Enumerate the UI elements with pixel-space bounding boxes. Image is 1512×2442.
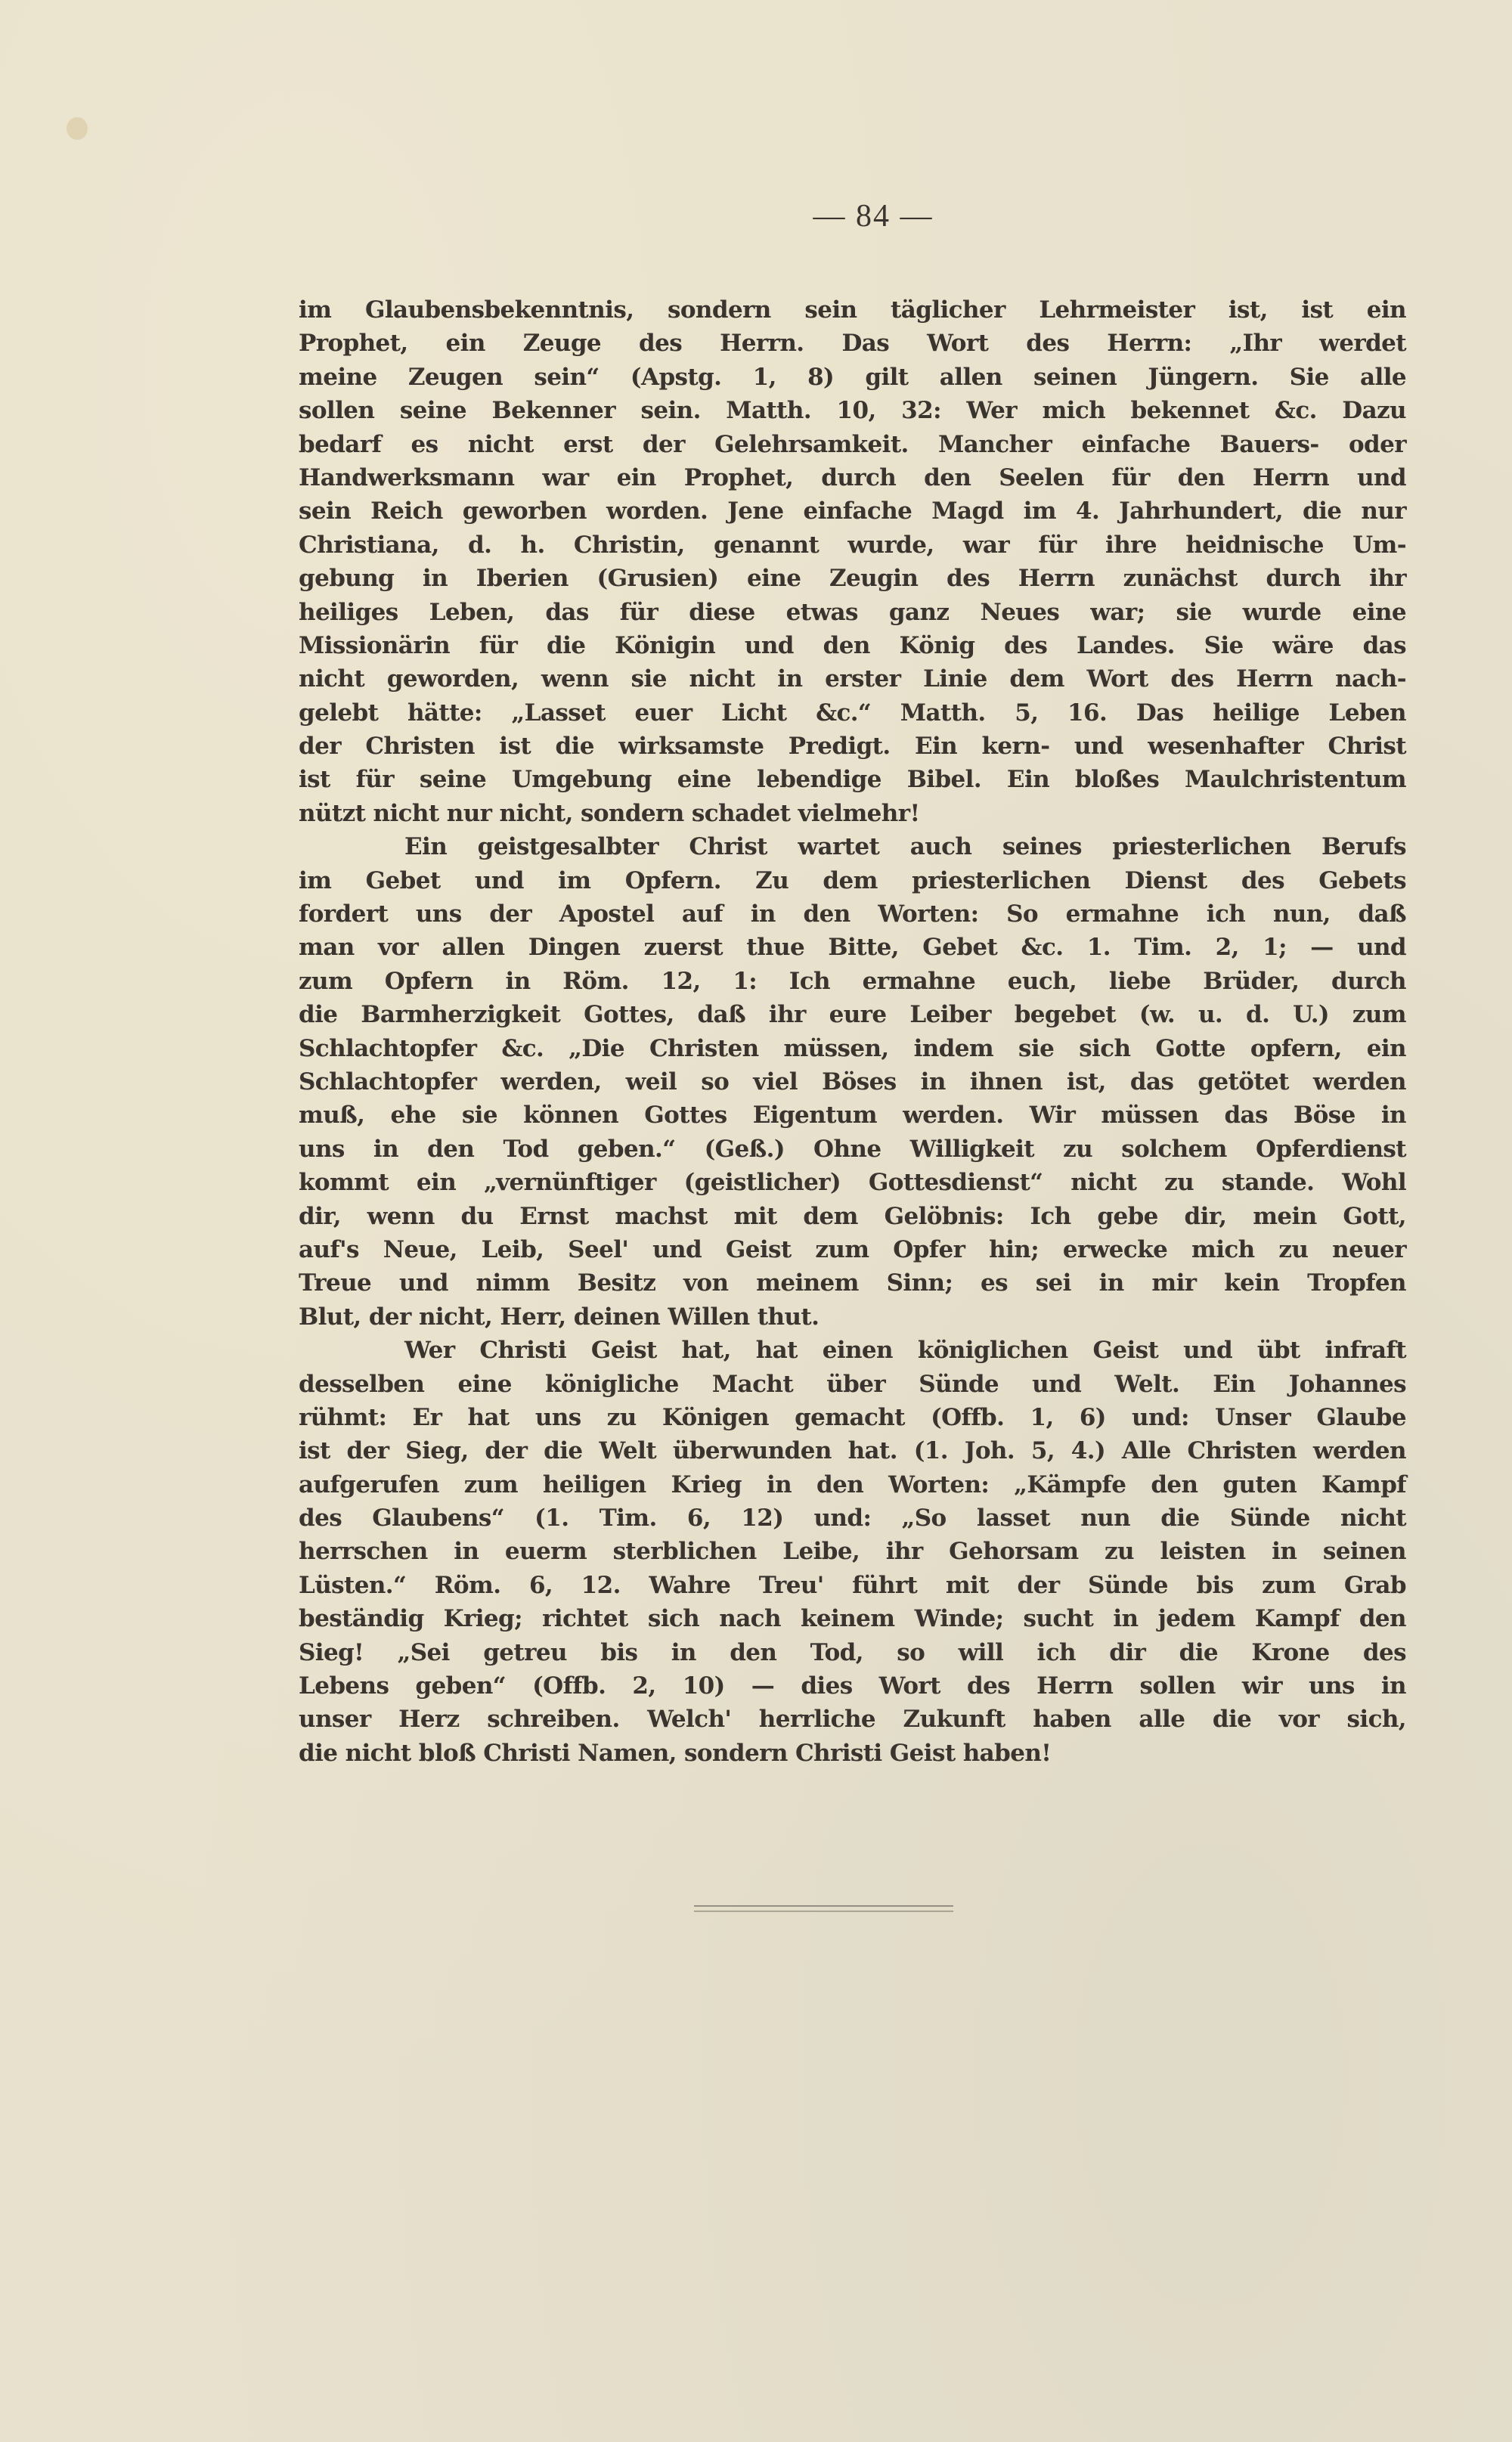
text-line: Christiana, d. h. Christin, genannt wurd… (299, 528, 1406, 562)
text-line: herrschen in euerm sterblichen Leibe, ih… (299, 1535, 1406, 1568)
text-line: Schlachtopfer &c. „Die Christen müssen, … (299, 1032, 1406, 1065)
text-line: Wer Christi Geist hat, hat einen königli… (299, 1334, 1406, 1367)
text-line: auf's Neue, Leib, Seel' und Geist zum Op… (299, 1233, 1406, 1266)
text-line: des Glaubens“ (1. Tim. 6, 12) und: „So l… (299, 1501, 1406, 1535)
text-line: dir, wenn du Ernst machst mit dem Gelöbn… (299, 1200, 1406, 1233)
text-line: Lebens geben“ (Offb. 2, 10) — dies Wort … (299, 1669, 1406, 1703)
text-line: meine Zeugen sein“ (Apstg. 1, 8) gilt al… (299, 361, 1406, 394)
text-line: nicht geworden, wenn sie nicht in erster… (299, 662, 1406, 696)
text-line: ist für seine Umgebung eine lebendige Bi… (299, 763, 1406, 796)
text-line: rühmt: Er hat uns zu Königen gemacht (Of… (299, 1401, 1406, 1434)
paper-stain (67, 117, 88, 140)
text-line: beständig Krieg; richtet sich nach keine… (299, 1602, 1406, 1635)
scanned-page: — 84 — im Glaubensbekenntnis, sondern se… (0, 0, 1512, 2442)
text-line: uns in den Tod geben.“ (Geß.) Ohne Willi… (299, 1133, 1406, 1166)
text-line: muß, ehe sie können Gottes Eigentum werd… (299, 1099, 1406, 1132)
text-line: der Christen ist die wirksamste Predigt.… (299, 730, 1406, 763)
text-line: Schlachtopfer werden, weil so viel Böses… (299, 1065, 1406, 1099)
text-line: kommt ein „vernünftiger (geistlicher) Go… (299, 1166, 1406, 1199)
ornament-rule-top (694, 1905, 953, 1907)
text-line: gebung in Iberien (Grusien) eine Zeugin … (299, 562, 1406, 595)
text-line: fordert uns der Apostel auf in den Worte… (299, 897, 1406, 931)
text-line: Blut, der nicht, Herr, deinen Willen thu… (299, 1300, 1406, 1334)
text-line: die nicht bloß Christi Namen, sondern Ch… (299, 1737, 1406, 1770)
paragraph-2: Ein geistgesalbter Christ wartet auch se… (299, 830, 1406, 1334)
text-line: Sieg! „Sei getreu bis in den Tod, so wil… (299, 1636, 1406, 1669)
text-line: zum Opfern in Röm. 12, 1: Ich ermahne eu… (299, 965, 1406, 998)
text-line: im Glaubensbekenntnis, sondern sein tägl… (299, 293, 1406, 327)
body-text: im Glaubensbekenntnis, sondern sein tägl… (299, 293, 1406, 1770)
text-line: Lüsten.“ Röm. 6, 12. Wahre Treu' führt m… (299, 1569, 1406, 1602)
text-line: Handwerksmann war ein Prophet, durch den… (299, 461, 1406, 494)
text-line: die Barmherzigkeit Gottes, daß ihr eure … (299, 998, 1406, 1031)
ornament-rule-bottom (694, 1911, 953, 1912)
text-line: desselben eine königliche Macht über Sün… (299, 1368, 1406, 1401)
text-line: Missionärin für die Königin und den Köni… (299, 629, 1406, 662)
text-line: Prophet, ein Zeuge des Herrn. Das Wort d… (299, 327, 1406, 360)
text-line: Treue und nimm Besitz von meinem Sinn; e… (299, 1266, 1406, 1300)
text-line: nützt nicht nur nicht, sondern schadet v… (299, 797, 1406, 830)
text-line: sein Reich geworben worden. Jene einfach… (299, 494, 1406, 528)
text-line: im Gebet und im Opfern. Zu dem priesterl… (299, 864, 1406, 897)
text-line: heiliges Leben, das für diese etwas ganz… (299, 596, 1406, 629)
text-line: gelebt hätte: „Lasset euer Licht &c.“ Ma… (299, 696, 1406, 730)
text-line: aufgerufen zum heiligen Krieg in den Wor… (299, 1468, 1406, 1501)
text-line: sollen seine Bekenner sein. Matth. 10, 3… (299, 394, 1406, 427)
text-line: bedarf es nicht erst der Gelehrsamkeit. … (299, 428, 1406, 461)
text-line: Ein geistgesalbter Christ wartet auch se… (299, 830, 1406, 863)
paragraph-1: im Glaubensbekenntnis, sondern sein tägl… (299, 293, 1406, 830)
page-number: — 84 — (0, 198, 1512, 234)
text-line: man vor allen Dingen zuerst thue Bitte, … (299, 931, 1406, 964)
text-line: unser Herz schreiben. Welch' herrliche Z… (299, 1703, 1406, 1736)
text-line: ist der Sieg, der die Welt überwunden ha… (299, 1434, 1406, 1467)
paragraph-3: Wer Christi Geist hat, hat einen königli… (299, 1334, 1406, 1770)
